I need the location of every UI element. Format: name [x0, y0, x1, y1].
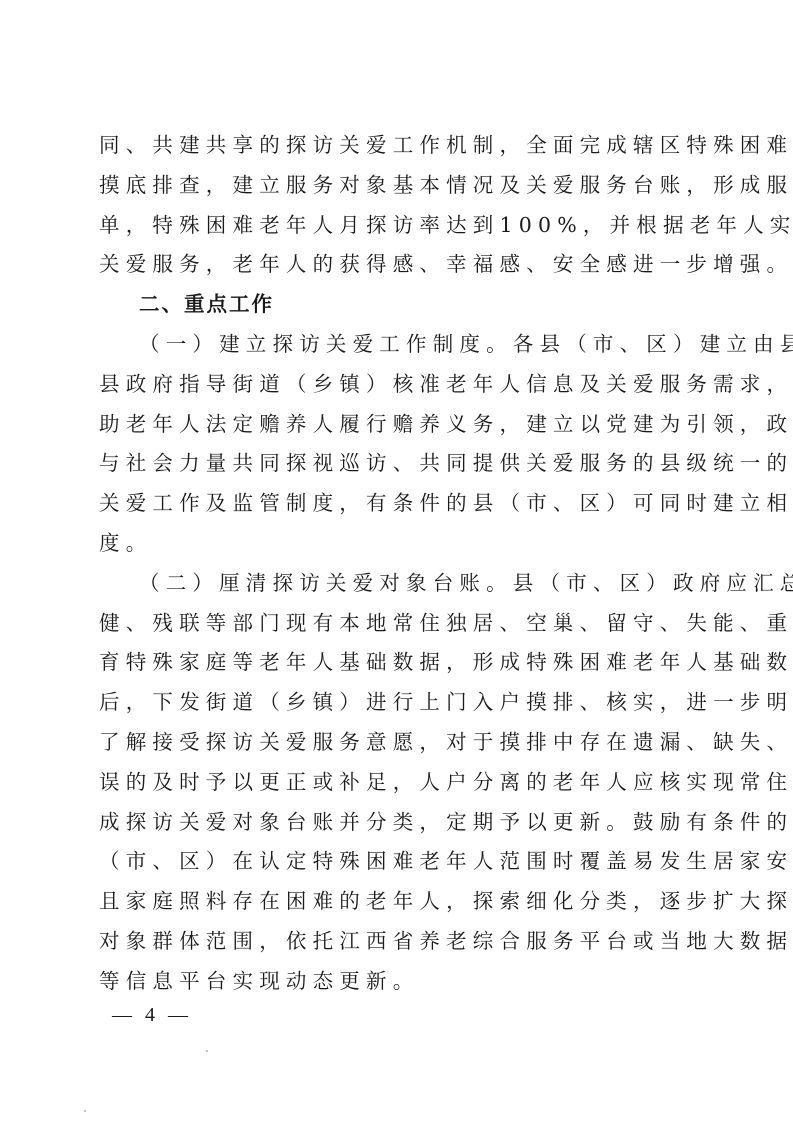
subsection-title-line: （一）建立探访关爱工作制度。各县（市、区）建立由县委统筹，: [99, 325, 687, 365]
paragraph-line: 了解接受探访关爱服务意愿，对于摸排中存在遗漏、缺失、信息错: [99, 723, 687, 763]
paragraph-line: 单，特殊困难老年人月探访率达到100%，并根据老年人实际开展: [99, 206, 687, 246]
paragraph-line: 后，下发街道（乡镇）进行上门入户摸排、核实，进一步明确老年人: [99, 683, 687, 723]
paragraph-line: 同、共建共享的探访关爱工作机制，全面完成辖区特殊困难老年人: [99, 126, 687, 166]
section-heading: 二、重点工作: [99, 285, 687, 325]
paragraph-line: （市、区）在认定特殊困难老年人范围时覆盖易发生居家安全风险: [99, 842, 687, 882]
paragraph-line: 成探访关爱对象台账并分类，定期予以更新。鼓励有条件的县: [99, 803, 687, 843]
paragraph-line: 关爱服务，老年人的获得感、幸福感、安全感进一步增强。: [99, 245, 687, 285]
scan-speck: [206, 1050, 208, 1052]
subsection-title-line: （二）厘清探访关爱对象台账。县（市、区）政府应汇总民政、卫: [99, 564, 687, 604]
paragraph-line: 对象群体范围，依托江西省养老综合服务平台或当地大数据平台: [99, 922, 687, 962]
paragraph-line: 且家庭照料存在困难的老年人，探索细化分类，逐步扩大探访关爱: [99, 882, 687, 922]
paragraph-line: 误的及时予以更正或补足，人户分离的老年人应核实现常住地，形: [99, 763, 687, 803]
paragraph-line: 健、残联等部门现有本地常住独居、空巢、留守、失能、重残、计划生: [99, 604, 687, 644]
scan-speck: [84, 1110, 86, 1112]
page-number: — 4 —: [112, 1000, 192, 1030]
paragraph-line: 育特殊家庭等老年人基础数据，形成特殊困难老年人基础数据库: [99, 643, 687, 683]
document-body: 同、共建共享的探访关爱工作机制，全面完成辖区特殊困难老年人 摸底排查，建立服务对…: [99, 126, 687, 1002]
document-page: 同、共建共享的探访关爱工作机制，全面完成辖区特殊困难老年人 摸底排查，建立服务对…: [0, 0, 793, 1122]
paragraph-line: 与社会力量共同探视巡访、共同提供关爱服务的县级统一的探访: [99, 444, 687, 484]
paragraph-line: 县政府指导街道（乡镇）核准老年人信息及关爱服务需求，督促、辅: [99, 365, 687, 405]
paragraph-line: 摸底排查，建立服务对象基本情况及关爱服务台账，形成服务清: [99, 166, 687, 206]
paragraph-line: 度。: [99, 524, 687, 564]
paragraph-line: 等信息平台实现动态更新。: [99, 962, 687, 1002]
paragraph-line: 关爱工作及监管制度，有条件的县（市、区）可同时建立相关褒扬制: [99, 484, 687, 524]
paragraph-line: 助老年人法定赡养人履行赡养义务，建立以党建为引领，政府力量: [99, 405, 687, 445]
